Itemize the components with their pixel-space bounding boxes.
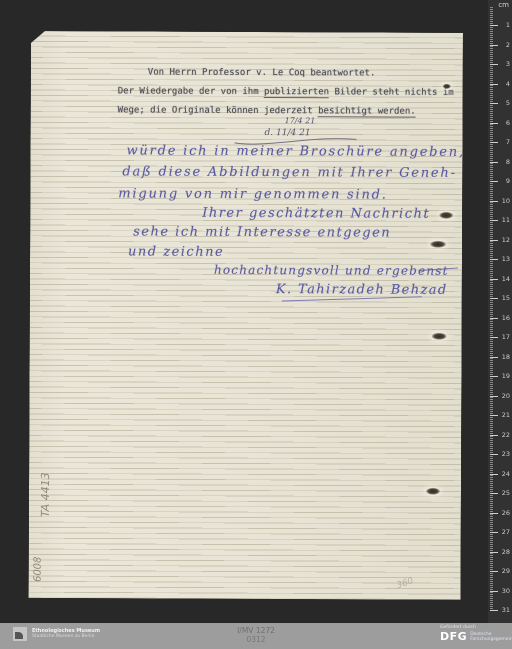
ruler-cm-tick xyxy=(490,103,498,104)
museum-logo-text: Ethnologisches Museum Staatliche Museen … xyxy=(32,627,100,641)
ruler-mm-tick xyxy=(490,193,493,194)
ruler-mm-tick xyxy=(490,17,493,18)
ruler-mm-tick xyxy=(490,302,493,303)
ruler-mm-tick xyxy=(490,152,493,153)
ruler-mm-tick xyxy=(490,319,493,320)
ruler-mm-tick xyxy=(490,257,493,258)
ruler-mm-tick xyxy=(490,485,493,486)
ruler-mm-tick xyxy=(490,31,493,32)
ruler-cm-number: 25 xyxy=(498,490,510,497)
ruler-mm-tick xyxy=(490,177,493,178)
ruler-mm-tick xyxy=(490,446,493,447)
ruler-cm-tick xyxy=(490,64,498,65)
ruler-mm-tick xyxy=(490,167,493,168)
ruler-cm-tick xyxy=(490,45,498,46)
ruler-mm-tick xyxy=(490,212,493,213)
ruler-mm-tick xyxy=(490,403,493,404)
ruler-mm-tick xyxy=(490,388,493,389)
ruler-mm-tick xyxy=(490,140,493,141)
ruler-cm-tick xyxy=(490,181,498,182)
ruler-mm-tick xyxy=(490,501,493,502)
handwritten-date-top: 17/4 21 xyxy=(285,116,316,125)
ruler-cm-number: 6 xyxy=(498,120,510,127)
ruler-cm-number: 17 xyxy=(498,334,510,341)
ruler-mm-tick xyxy=(490,232,493,233)
ruler-mm-tick xyxy=(490,386,493,387)
ruler-mm-tick xyxy=(490,477,493,478)
ruler-mm-tick xyxy=(490,555,493,556)
ruler-mm-tick xyxy=(490,598,493,599)
ruler-mm-tick xyxy=(490,189,493,190)
ruler-mm-tick xyxy=(490,128,493,129)
ruler-cm-tick xyxy=(490,142,498,143)
ruler-cm-tick xyxy=(490,357,498,358)
ruler-mm-tick xyxy=(490,606,493,607)
ruler-mm-tick xyxy=(490,559,493,560)
ruler-mm-tick xyxy=(490,204,493,205)
ruler-mm-tick xyxy=(490,224,493,225)
ruler-mm-tick xyxy=(490,109,493,110)
ruler-mm-tick xyxy=(490,466,493,467)
ruler-mm-tick xyxy=(490,99,493,100)
ruler-mm-tick xyxy=(490,150,493,151)
ruler-mm-tick xyxy=(490,269,493,270)
ruler-mm-tick xyxy=(490,536,493,537)
ruler-mm-tick xyxy=(490,592,493,593)
ruler-cm-tick xyxy=(490,474,498,475)
ruler-cm-number: 10 xyxy=(498,198,510,205)
ruler-mm-tick xyxy=(490,347,493,348)
ruler-mm-tick xyxy=(490,475,493,476)
ruler-mm-tick xyxy=(490,594,493,595)
ruler-mm-tick xyxy=(490,202,493,203)
ruler-cm-tick xyxy=(490,220,498,221)
ruler-mm-tick xyxy=(490,368,493,369)
ruler-mm-tick xyxy=(490,425,493,426)
handwritten-line: und zeichne xyxy=(128,244,224,259)
ruler-mm-tick xyxy=(490,470,493,471)
ruler-mm-tick xyxy=(490,119,493,120)
ruler-cm-number: 12 xyxy=(498,237,510,244)
ruler-cm-tick xyxy=(490,84,498,85)
ruler-mm-tick xyxy=(490,553,493,554)
ruler-mm-tick xyxy=(490,277,493,278)
faint-pencil-note: 360 xyxy=(395,576,415,591)
ruler-mm-tick xyxy=(490,105,493,106)
ruler-mm-tick xyxy=(490,265,493,266)
ruler-mm-tick xyxy=(490,557,493,558)
dfg-full-name: Deutsche Forschungsgemeinschaft xyxy=(470,632,512,642)
ruler-mm-tick xyxy=(490,316,493,317)
ruler-mm-tick xyxy=(490,163,493,164)
ruler-cm-number: 31 xyxy=(498,607,510,614)
ruler-mm-tick xyxy=(490,80,493,81)
ruler-mm-tick xyxy=(490,335,493,336)
ruler-cm-tick xyxy=(490,25,498,26)
ruler-cm-number: 15 xyxy=(498,295,510,302)
dfg-name-line2: Forschungsgemeinschaft xyxy=(470,637,512,642)
ruler-mm-tick xyxy=(490,450,493,451)
ruler-mm-tick xyxy=(490,479,493,480)
ruler-mm-tick xyxy=(490,442,493,443)
ruler-mm-tick xyxy=(490,111,493,112)
ruler-mm-tick xyxy=(490,567,493,568)
ruler-mm-tick xyxy=(490,87,493,88)
typewritten-line-3: Wege; die Originale können jederzeit bes… xyxy=(118,105,416,117)
ruler-cm-tick xyxy=(490,610,498,611)
ruler-mm-tick xyxy=(490,312,493,313)
ruler-mm-tick xyxy=(490,206,493,207)
ruler-mm-tick xyxy=(490,526,493,527)
museum-logo-glyph xyxy=(15,632,23,639)
ruler-mm-tick xyxy=(490,575,493,576)
ruler-mm-tick xyxy=(490,546,493,547)
ruler-mm-tick xyxy=(490,431,493,432)
margin-pencil-note: 6008 xyxy=(33,557,44,583)
ruler-mm-tick xyxy=(490,52,493,53)
ruler-mm-tick xyxy=(490,483,493,484)
ruler-mm-tick xyxy=(490,505,493,506)
ruler-mm-tick xyxy=(490,331,493,332)
ruler-mm-tick xyxy=(490,583,493,584)
ruler-mm-tick xyxy=(490,333,493,334)
handwritten-line: hochachtungsvoll und ergebenst xyxy=(214,263,449,278)
ruler-cm-tick xyxy=(490,201,498,202)
ruler-cm-tick xyxy=(490,591,498,592)
ruler-mm-tick xyxy=(490,548,493,549)
ruler-cm-number: 22 xyxy=(498,432,510,439)
ruler-mm-tick xyxy=(490,542,493,543)
ruler-mm-tick xyxy=(490,581,493,582)
ruler-cm-tick xyxy=(490,376,498,377)
ruler-mm-tick xyxy=(490,349,493,350)
ruler-cm-tick xyxy=(490,435,498,436)
ruler-mm-tick xyxy=(490,214,493,215)
ruler-mm-tick xyxy=(490,436,493,437)
ruler-cm-number: 23 xyxy=(498,451,510,458)
ruler-mm-tick xyxy=(490,563,493,564)
ruler-cm-number: 14 xyxy=(498,276,510,283)
ruler-mm-tick xyxy=(490,464,493,465)
ruler-mm-tick xyxy=(490,509,493,510)
ruler-mm-tick xyxy=(490,300,493,301)
ruler-mm-tick xyxy=(490,27,493,28)
handwritten-line: daß diese Abbildungen mit Ihrer Geneh- xyxy=(122,164,456,180)
ruler-mm-tick xyxy=(490,394,493,395)
ruler-mm-tick xyxy=(490,23,493,24)
ruler-mm-tick xyxy=(490,121,493,122)
handwritten-line: würde ich in meiner Broschüre angeben, xyxy=(126,143,465,159)
ruler-cm-number: 2 xyxy=(498,42,510,49)
ruler-mm-tick xyxy=(490,503,493,504)
ruler-cm-number: 29 xyxy=(498,568,510,575)
typewritten-line-1: Von Herrn Professor v. Le Coq beantworte… xyxy=(148,68,376,80)
ruler-mm-tick xyxy=(490,421,493,422)
ruler-cm-tick xyxy=(490,279,498,280)
ruler-mm-tick xyxy=(490,392,493,393)
ruler-mm-tick xyxy=(490,82,493,83)
ruler-cm-tick xyxy=(490,337,498,338)
ruler-mm-tick xyxy=(490,343,493,344)
ruler-mm-tick xyxy=(490,13,493,14)
ruler-mm-tick xyxy=(490,569,493,570)
ruler-mm-tick xyxy=(490,522,493,523)
ruler-mm-tick xyxy=(490,573,493,574)
ruler-mm-tick xyxy=(490,602,493,603)
ruler-mm-tick xyxy=(490,304,493,305)
ruler-mm-tick xyxy=(490,534,493,535)
ruler-mm-tick xyxy=(490,380,493,381)
ruler-cm-tick xyxy=(490,532,498,533)
ruler-mm-tick xyxy=(490,255,493,256)
ruler-mm-tick xyxy=(490,216,493,217)
dfg-logo-block: Gefördert durch DFG Deutsche Forschungsg… xyxy=(440,625,512,642)
ruler-mm-tick xyxy=(490,481,493,482)
cm-ruler: cm 1234567891011121314151617181920212223… xyxy=(488,0,512,623)
ruler-mm-tick xyxy=(490,253,493,254)
ruler-mm-tick xyxy=(490,288,493,289)
ruler-mm-tick xyxy=(490,413,493,414)
ruler-mm-tick xyxy=(490,107,493,108)
ruler-mm-tick xyxy=(490,62,493,63)
ruler-mm-tick xyxy=(490,93,493,94)
ruler-mm-tick xyxy=(490,263,493,264)
ruler-cm-tick xyxy=(490,259,498,260)
ruler-mm-tick xyxy=(490,85,493,86)
ruler-cm-number: 24 xyxy=(498,471,510,478)
ruler-mm-tick xyxy=(490,489,493,490)
ruler-mm-tick xyxy=(490,419,493,420)
handwriting-block: würde ich in meiner Broschüre angeben,da… xyxy=(31,31,463,33)
ruler-mm-tick xyxy=(490,329,493,330)
scanned-letter-page: Von Herrn Professor v. Le Coq beantworte… xyxy=(29,31,463,600)
ruler-mm-tick xyxy=(490,433,493,434)
ruler-mm-tick xyxy=(490,491,493,492)
ruler-mm-tick xyxy=(490,282,493,283)
ruler-mm-tick xyxy=(490,518,493,519)
ruler-mm-tick xyxy=(490,210,493,211)
ruler-mm-tick xyxy=(490,236,493,237)
ruler-mm-tick xyxy=(490,341,493,342)
ruler-mm-tick xyxy=(490,124,493,125)
ruler-mm-tick xyxy=(490,48,493,49)
punch-hole-mark xyxy=(426,488,440,495)
ruler-mm-tick xyxy=(490,604,493,605)
signature-text: K. Tahirzadeh Behzad xyxy=(276,282,448,298)
ruler-mm-tick xyxy=(490,524,493,525)
ruler-mm-tick xyxy=(490,550,493,551)
ruler-mm-tick xyxy=(490,565,493,566)
ruler-mm-tick xyxy=(490,230,493,231)
ruler-mm-tick xyxy=(490,154,493,155)
ruler-mm-tick xyxy=(490,472,493,473)
ruler-mm-tick xyxy=(490,308,493,309)
ruler-mm-tick xyxy=(490,70,493,71)
ruler-mm-tick xyxy=(490,292,493,293)
ruler-mm-tick xyxy=(490,72,493,73)
ruler-mm-tick xyxy=(490,195,493,196)
ruler-cm-tick xyxy=(490,298,498,299)
ruler-mm-tick xyxy=(490,78,493,79)
ruler-mm-tick xyxy=(490,91,493,92)
ruler-mm-tick xyxy=(490,296,493,297)
ruler-mm-tick xyxy=(490,234,493,235)
ruler-mm-tick xyxy=(490,218,493,219)
ruler-cm-tick xyxy=(490,415,498,416)
ruler-mm-tick xyxy=(490,448,493,449)
ruler-mm-tick xyxy=(490,462,493,463)
ruler-mm-tick xyxy=(490,374,493,375)
ruler-mm-tick xyxy=(490,456,493,457)
ruler-mm-tick xyxy=(490,245,493,246)
museum-logo-block: Ethnologisches Museum Staatliche Museen … xyxy=(13,627,100,641)
ruler-mm-tick xyxy=(490,364,493,365)
ruler-cm-number: 16 xyxy=(498,315,510,322)
ruler-mm-tick xyxy=(490,366,493,367)
ruler-mm-tick xyxy=(490,43,493,44)
ruler-mm-tick xyxy=(490,267,493,268)
ruler-mm-tick xyxy=(490,197,493,198)
scanned-letter-view: { "scan": { "typewritten": { "line1": "V… xyxy=(0,0,512,649)
ruler-mm-tick xyxy=(490,132,493,133)
ruler-mm-tick xyxy=(490,284,493,285)
ruler-mm-tick xyxy=(490,323,493,324)
ruler-mm-tick xyxy=(490,41,493,42)
ruler-mm-tick xyxy=(490,165,493,166)
typewritten-segment: Der Wiedergabe der von ihm xyxy=(118,86,264,97)
ruler-cm-tick xyxy=(490,318,498,319)
ruler-mm-tick xyxy=(490,405,493,406)
ruler-cm-tick xyxy=(490,162,498,163)
punch-hole-mark xyxy=(439,212,453,219)
ruler-cm-number: 20 xyxy=(498,393,510,400)
ruler-mm-tick xyxy=(490,199,493,200)
ruler-cm-tick xyxy=(490,552,498,553)
ruler-cm-number: 27 xyxy=(498,529,510,536)
ruler-mm-tick xyxy=(490,360,493,361)
ruler-mm-tick xyxy=(490,33,493,34)
ruler-cm-number: 19 xyxy=(498,373,510,380)
ruler-mm-tick xyxy=(490,158,493,159)
ruler-mm-tick xyxy=(490,561,493,562)
ruler-mm-tick xyxy=(490,339,493,340)
ruler-mm-tick xyxy=(490,417,493,418)
ruler-mm-tick xyxy=(490,19,493,20)
ruler-mm-tick xyxy=(490,438,493,439)
ruler-mm-tick xyxy=(490,156,493,157)
ruler-mm-tick xyxy=(490,130,493,131)
ruler-mm-tick xyxy=(490,507,493,508)
ruler-mm-tick xyxy=(490,222,493,223)
typewritten-line-2: Der Wiedergabe der von ihm publizierten … xyxy=(118,86,454,98)
ruler-mm-tick xyxy=(490,370,493,371)
ruler-cm-number: 9 xyxy=(498,178,510,185)
ruler-mm-tick xyxy=(490,226,493,227)
ruler-mm-tick xyxy=(490,384,493,385)
ruler-mm-tick xyxy=(490,516,493,517)
handwritten-line: Ihrer geschätzten Nachricht xyxy=(202,206,430,222)
ruler-mm-tick xyxy=(490,544,493,545)
ruler-mm-tick xyxy=(490,390,493,391)
ruler-mm-tick xyxy=(490,353,493,354)
ruler-cm-number: 3 xyxy=(498,61,510,68)
ruler-mm-tick xyxy=(490,171,493,172)
ruler-mm-tick xyxy=(490,179,493,180)
ruler-mm-tick xyxy=(490,228,493,229)
ruler-mm-tick xyxy=(490,411,493,412)
ruler-mm-tick xyxy=(490,173,493,174)
ruler-cm-tick xyxy=(490,513,498,514)
ruler-mm-tick xyxy=(490,247,493,248)
ruler-mm-tick xyxy=(490,21,493,22)
ruler-mm-tick xyxy=(490,191,493,192)
ruler-mm-tick xyxy=(490,345,493,346)
ruler-mm-tick xyxy=(490,37,493,38)
ruler-mm-tick xyxy=(490,397,493,398)
ruler-mm-tick xyxy=(490,89,493,90)
ruler-mm-tick xyxy=(490,74,493,75)
ruler-mm-tick xyxy=(490,117,493,118)
ruler-mm-tick xyxy=(490,134,493,135)
ruler-mm-tick xyxy=(490,423,493,424)
ruler-mm-tick xyxy=(490,444,493,445)
ruler-mm-tick xyxy=(490,275,493,276)
ruler-mm-tick xyxy=(490,187,493,188)
ruler-mm-tick xyxy=(490,579,493,580)
ruler-mm-tick xyxy=(490,68,493,69)
handwritten-line: sehe ich mit Interesse entgegen xyxy=(133,224,391,240)
ruler-cm-tick xyxy=(490,123,498,124)
ruler-mm-tick xyxy=(490,183,493,184)
ruler-mm-tick xyxy=(490,261,493,262)
ruler-mm-tick xyxy=(490,327,493,328)
dfg-logo-acronym: DFG xyxy=(440,631,467,642)
ruler-mm-tick xyxy=(490,514,493,515)
ruler-mm-tick xyxy=(490,487,493,488)
ruler-mm-tick xyxy=(490,95,493,96)
ruler-mm-tick xyxy=(490,60,493,61)
ruler-mm-tick xyxy=(490,144,493,145)
ruler-mm-tick xyxy=(490,321,493,322)
ruler-mm-tick xyxy=(490,238,493,239)
ruler-mm-tick xyxy=(490,497,493,498)
ruler-mm-tick xyxy=(490,15,493,16)
ruler-mm-tick xyxy=(490,372,493,373)
ruler-mm-tick xyxy=(490,249,493,250)
ruler-mm-tick xyxy=(490,600,493,601)
ruler-unit-label: cm xyxy=(498,1,509,9)
ruler-mm-tick xyxy=(490,101,493,102)
ruler-mm-tick xyxy=(490,273,493,274)
ruler-cm-number: 7 xyxy=(498,139,510,146)
ruler-mm-tick xyxy=(490,169,493,170)
punch-hole-mark xyxy=(430,241,446,248)
ruler-cm-number: 21 xyxy=(498,412,510,419)
ruler-mm-tick xyxy=(490,185,493,186)
ruler-mm-tick xyxy=(490,528,493,529)
ruler-mm-tick xyxy=(490,306,493,307)
ruler-cm-number: 4 xyxy=(498,81,510,88)
handwritten-line: migung von mir genommen sind. xyxy=(118,186,388,202)
ruler-mm-tick xyxy=(490,251,493,252)
ruler-cm-tick xyxy=(490,571,498,572)
ruler-mm-tick xyxy=(490,427,493,428)
ruler-mm-tick xyxy=(490,458,493,459)
ruler-mm-tick xyxy=(490,538,493,539)
margin-notes-block: TA 44136008 xyxy=(31,31,463,33)
ruler-mm-tick xyxy=(490,362,493,363)
punch-hole-mark xyxy=(443,84,451,89)
